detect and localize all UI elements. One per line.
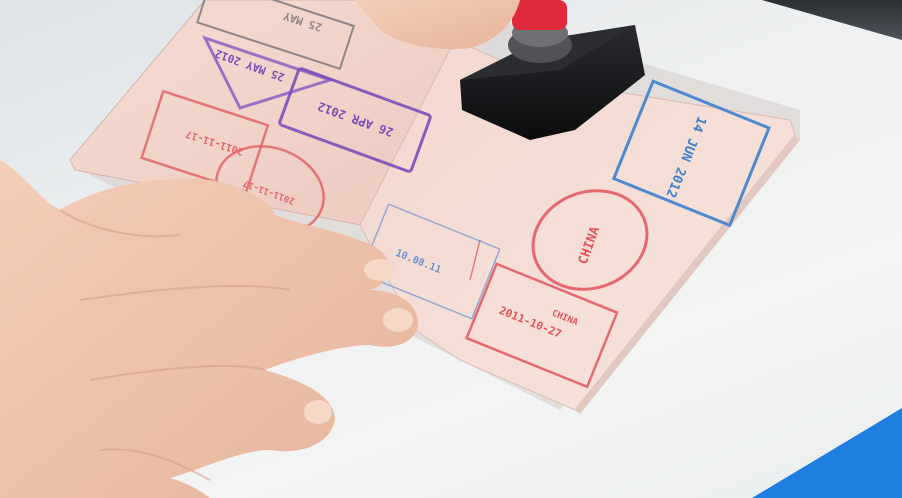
fingernail <box>383 308 413 332</box>
passport-photo: 25 MAY 25 MAY 2012 26 APR 2012 2011-11-1… <box>0 0 902 498</box>
photo-illustration: 25 MAY 25 MAY 2012 26 APR 2012 2011-11-1… <box>0 0 902 498</box>
fingernail <box>364 259 396 281</box>
fingernail <box>304 400 332 424</box>
stamper-handle <box>512 0 567 30</box>
